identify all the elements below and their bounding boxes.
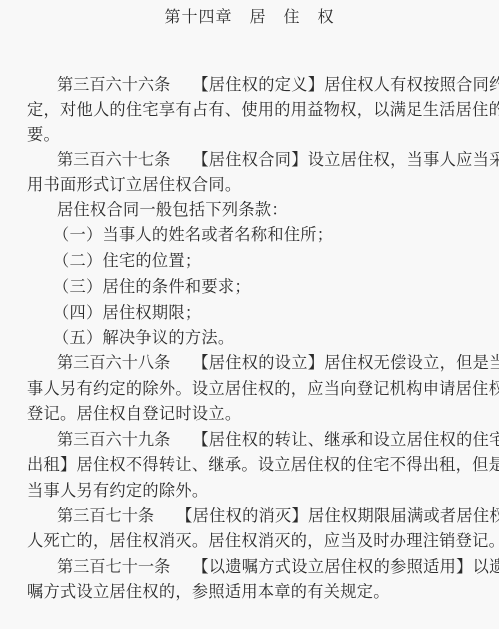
article-text-line: 登记。居住权自登记时设立。 — [27, 404, 241, 424]
article-368-first-line: 第三百六十八条【居住权的设立】居住权无偿设立，但是当 — [57, 353, 499, 373]
article-369-first-line: 第三百六十九条【居住权的转让、继承和设立居住权的住宅 — [57, 430, 499, 450]
article-text: 居住权期限届满或者居住权 — [308, 506, 499, 525]
article-371-first-line: 第三百七十一条【以遗嘱方式设立居住权的参照适用】以遗 — [57, 557, 499, 577]
article-heading: 【居住权的定义】 — [192, 75, 324, 94]
article-text-line: 定，对他人的住宅享有占有、使用的用益物权，以满足生活居住的需 — [27, 100, 499, 120]
clause-item: （三）居住的条件和要求； — [53, 277, 251, 297]
article-text-line: 要。 — [27, 125, 60, 145]
clause-item: （一）当事人的姓名或者名称和住所； — [53, 225, 333, 245]
article-number: 第三百七十条 — [57, 506, 154, 525]
article-370-first-line: 第三百七十条【居住权的消灭】居住权期限届满或者居住权 — [57, 506, 499, 526]
article-number: 第三百六十八条 — [57, 353, 170, 372]
article-text-line: 当事人另有约定的除外。 — [27, 481, 208, 501]
article-367-first-line: 第三百六十七条【居住权合同】设立居住权，当事人应当采 — [57, 150, 499, 170]
article-text: 设立居住权，当事人应当采 — [308, 150, 499, 169]
article-text: 居住权无偿设立，但是当 — [324, 353, 499, 372]
clause-intro: 居住权合同一般包括下列条款： — [57, 200, 288, 220]
clause-item: （四）居住权期限； — [53, 303, 201, 323]
clause-item: （五）解决争议的方法。 — [53, 328, 234, 348]
article-number: 第三百六十九条 — [57, 430, 170, 449]
article-number: 第三百六十六条 — [57, 75, 170, 94]
article-heading: 【居住权的设立】 — [192, 353, 324, 372]
article-text-line: 人死亡的，居住权消灭。居住权消灭的，应当及时办理注销登记。 — [27, 531, 499, 551]
article-heading: 【居住权合同】 — [192, 150, 307, 169]
document-page: 第十四章 居 住 权 第三百六十六条【居住权的定义】居住权人有权按照合同约 定，… — [0, 0, 499, 629]
clause-item: （二）住宅的位置； — [53, 251, 201, 271]
article-heading: 【居住权的转让、继承和设立居住权的住宅 — [192, 430, 499, 449]
article-text-line: 嘱方式设立居住权的，参照适用本章的有关规定。 — [27, 582, 390, 602]
article-heading: 【居住权的消灭】 — [176, 506, 308, 525]
chapter-title: 第十四章 居 住 权 — [0, 4, 499, 27]
article-number: 第三百七十一条 — [57, 557, 170, 576]
article-text: 居住权人有权按照合同约 — [324, 75, 499, 94]
article-text-line: 用书面形式订立居住权合同。 — [27, 175, 241, 195]
article-heading: 【以遗嘱方式设立居住权的参照适用】 — [192, 557, 472, 576]
article-text: 以遗 — [473, 557, 499, 576]
article-text-line: 出租】居住权不得转让、继承。设立居住权的住宅不得出租，但是 — [27, 455, 499, 475]
article-number: 第三百六十七条 — [57, 150, 170, 169]
article-366-first-line: 第三百六十六条【居住权的定义】居住权人有权按照合同约 — [57, 75, 499, 95]
article-text-line: 事人另有约定的除外。设立居住权的，应当向登记机构申请居住权 — [27, 379, 499, 399]
